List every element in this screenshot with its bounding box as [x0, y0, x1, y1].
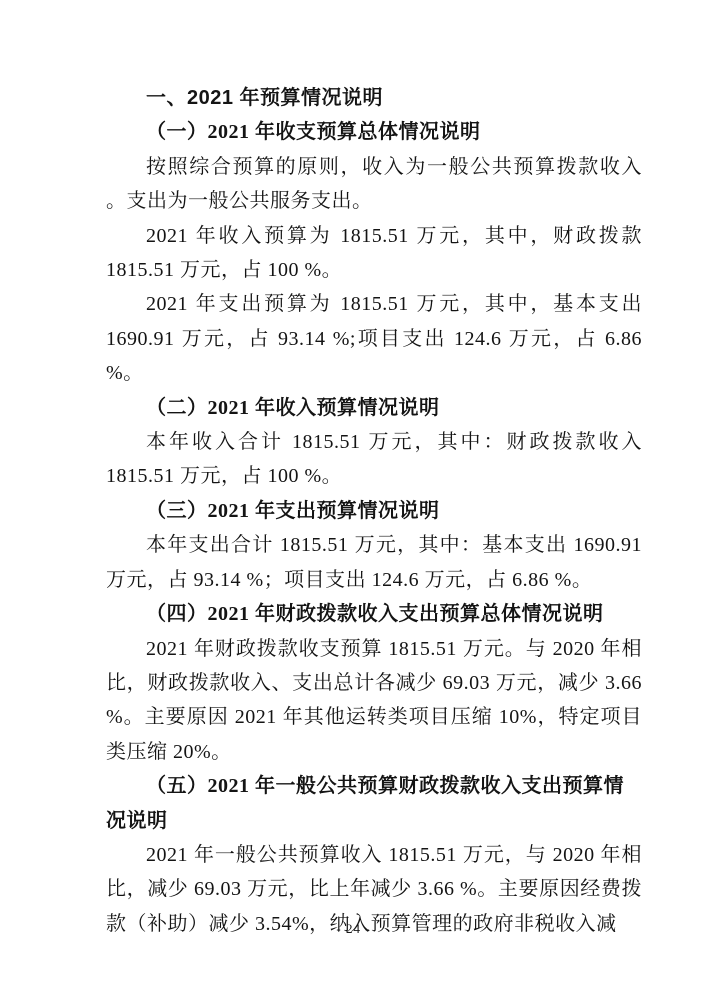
- paragraph-annual-income: 本年收入合计 1815.51 万元，其中：财政拨款收入 1815.51 万元，占…: [106, 425, 642, 494]
- subheading-section-2: （二）2021 年收入预算情况说明: [106, 391, 642, 425]
- page-number: - 24 -: [0, 920, 707, 938]
- main-heading: 一、2021 年预算情况说明: [106, 81, 642, 115]
- subheading-section-5: （五）2021 年一般公共预算财政拨款收入支出预算情况说明: [106, 769, 642, 838]
- paragraph-income-budget: 2021 年收入预算为 1815.51 万元，其中，财政拨款 1815.51 万…: [106, 219, 642, 288]
- paragraph-annual-expenditure: 本年支出合计 1815.51 万元，其中：基本支出 1690.91 万元，占 9…: [106, 528, 642, 597]
- subheading-section-3: （三）2021 年支出预算情况说明: [106, 494, 642, 528]
- subheading-section-4: （四）2021 年财政拨款收入支出预算总体情况说明: [106, 597, 642, 631]
- document-content: 一、2021 年预算情况说明 （一）2021 年收支预算总体情况说明 按照综合预…: [106, 81, 642, 941]
- subheading-section-1: （一）2021 年收支预算总体情况说明: [106, 115, 642, 149]
- paragraph-expenditure-budget: 2021 年支出预算为 1815.51 万元，其中，基本支出 1690.91 万…: [106, 287, 642, 390]
- paragraph-fiscal-appropriation: 2021 年财政拨款收支预算 1815.51 万元。与 2020 年相比，财政拨…: [106, 632, 642, 770]
- paragraph-budget-principle: 按照综合预算的原则，收入为一般公共预算拨款收入 。支出为一般公共服务支出。: [106, 150, 642, 219]
- document-page: 一、2021 年预算情况说明 （一）2021 年收支预算总体情况说明 按照综合预…: [0, 0, 707, 1000]
